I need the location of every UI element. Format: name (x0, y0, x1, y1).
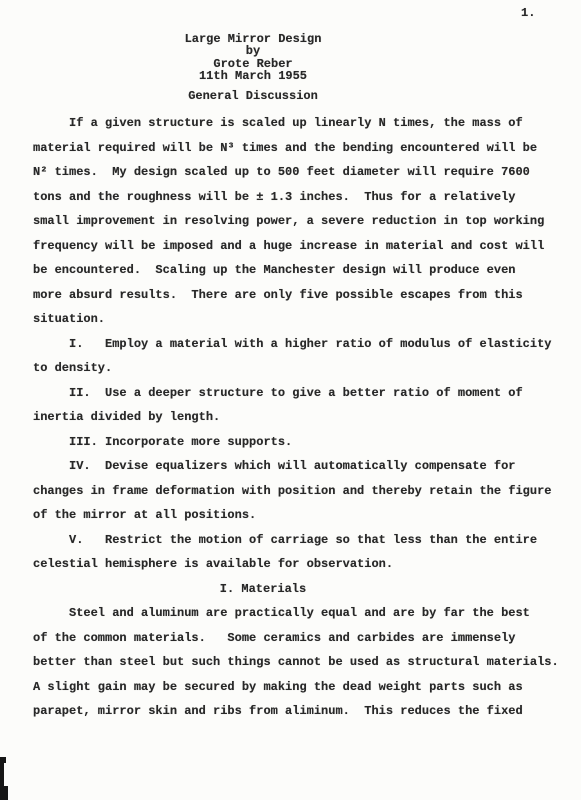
list-item-III: III. Incorporate more supports. (33, 430, 569, 455)
list-item-V: V. Restrict the motion of carriage so th… (33, 528, 569, 553)
list-item-II: II. Use a deeper structure to give a bet… (33, 381, 569, 406)
text-line: A slight gain may be secured by making t… (33, 675, 569, 700)
list-item-IV-cont: changes in frame deformation with positi… (33, 479, 569, 504)
text-line: be encountered. Scaling up the Mancheste… (33, 258, 569, 283)
text-line: tons and the roughness will be ± 1.3 inc… (33, 185, 569, 210)
text-line: frequency will be imposed and a huge inc… (33, 234, 569, 259)
section-heading-materials: I. Materials (33, 577, 493, 602)
text-line: parapet, mirror skin and ribs from alimi… (33, 699, 569, 724)
text-line: material required will be N³ times and t… (33, 136, 569, 161)
list-item-I-cont: to density. (33, 356, 569, 381)
list-item-V-cont: celestial hemisphere is available for ob… (33, 552, 569, 577)
text-line: more absurd results. There are only five… (33, 283, 569, 308)
scan-artifact-nub (0, 757, 6, 763)
byline: by (33, 45, 473, 57)
document-body: If a given structure is scaled up linear… (33, 111, 569, 724)
list-item-II-cont: inertia divided by length. (33, 405, 569, 430)
document-page: 1. Large Mirror Design by Grote Reber 11… (0, 0, 581, 800)
list-item-IV: IV. Devise equalizers which will automat… (33, 454, 569, 479)
section-heading-general-discussion: General Discussion (33, 89, 473, 103)
list-item-IV-cont: of the mirror at all positions. (33, 503, 569, 528)
page-number: 1. (521, 6, 535, 20)
scan-artifact-bottom-corner (0, 786, 8, 800)
list-item-I: I. Employ a material with a higher ratio… (33, 332, 569, 357)
text-line: N² times. My design scaled up to 500 fee… (33, 160, 569, 185)
text-line: Steel and aluminum are practically equal… (33, 601, 569, 626)
text-line: situation. (33, 307, 569, 332)
document-header: Large Mirror Design by Grote Reber 11th … (33, 33, 473, 83)
text-line: of the common materials. Some ceramics a… (33, 626, 569, 651)
text-line: better than steel but such things cannot… (33, 650, 569, 675)
text-line: small improvement in resolving power, a … (33, 209, 569, 234)
document-date: 11th March 1955 (33, 70, 473, 82)
text-line: If a given structure is scaled up linear… (33, 111, 569, 136)
